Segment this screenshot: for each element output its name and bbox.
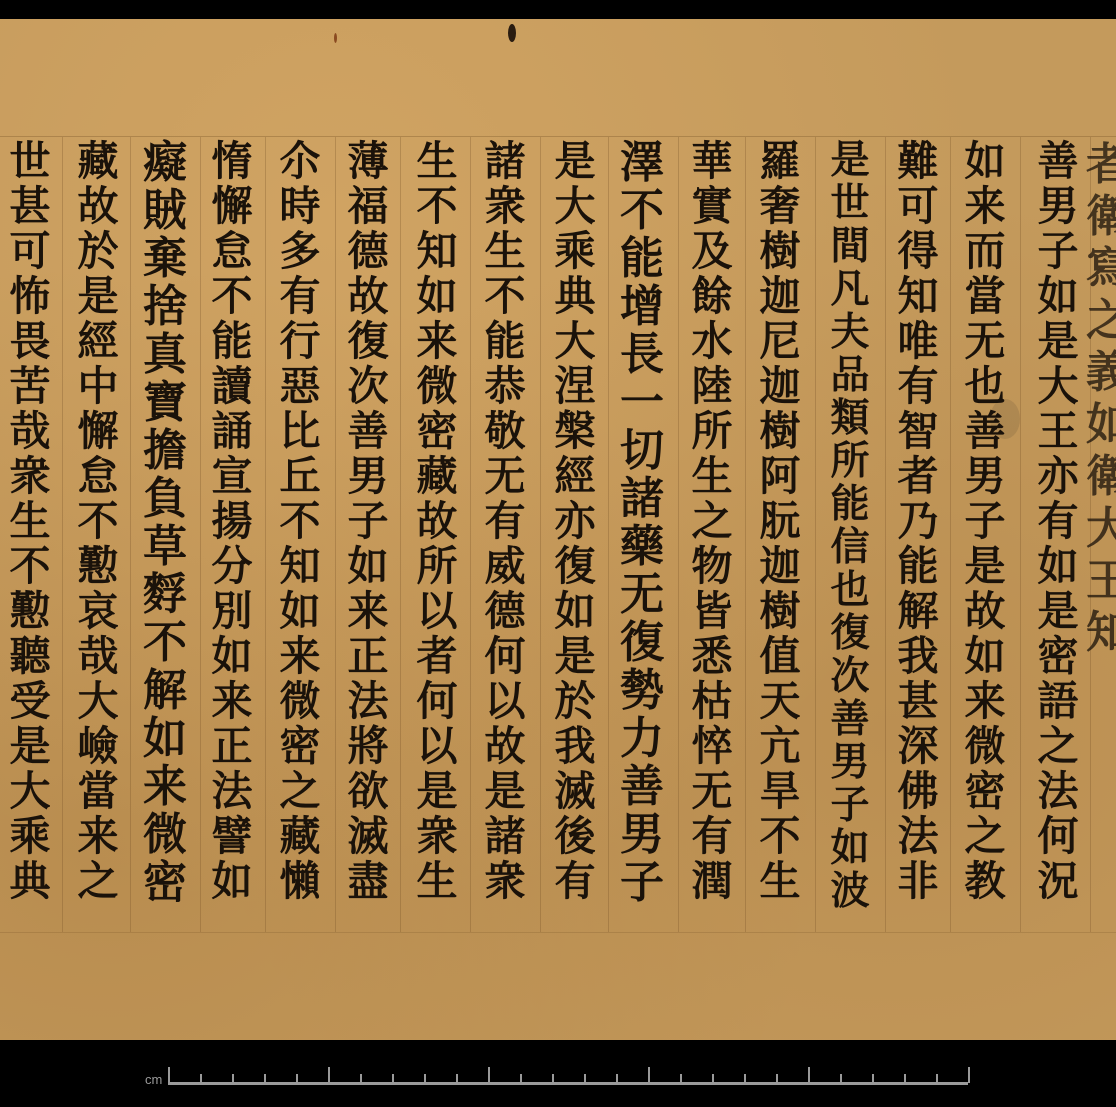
calligraphy-character: 嶮 (70, 724, 126, 769)
calligraphy-character: 有 (1030, 499, 1086, 544)
calligraphy-character: 波 (822, 870, 878, 913)
calligraphy-character: 如 (340, 544, 396, 589)
calligraphy-character: 善 (1030, 139, 1086, 184)
calligraphy-character: 間 (822, 225, 878, 268)
calligraphy-character: 天 (752, 679, 808, 724)
calligraphy-character: 捨 (137, 283, 193, 331)
scale-minor-tick (360, 1074, 362, 1083)
calligraphy-character: 分 (204, 544, 260, 589)
calligraphy-character: 恭 (477, 364, 533, 409)
calligraphy-character: 何 (1030, 814, 1086, 859)
calligraphy-character: 男 (340, 454, 396, 499)
column-rule-line (540, 137, 541, 932)
text-column: 羅奢樹迦尼迦樹阿䏓迦樹值天亢旱不生 (752, 139, 808, 904)
calligraphy-character: 密 (272, 724, 328, 769)
calligraphy-character: 藏 (70, 139, 126, 184)
calligraphy-character: 是 (477, 769, 533, 814)
scale-minor-tick (872, 1074, 874, 1083)
calligraphy-character: 子 (822, 784, 878, 827)
calligraphy-character: 子 (340, 499, 396, 544)
calligraphy-character: 中 (70, 364, 126, 409)
calligraphy-character: 故 (340, 274, 396, 319)
calligraphy-character: 怖 (2, 274, 58, 319)
text-column: 尒時多有行惡比丘不知如来微密之藏懶 (272, 139, 328, 904)
calligraphy-character: 實 (684, 184, 740, 229)
calligraphy-character: 況 (1030, 859, 1086, 904)
calligraphy-character: 无 (957, 319, 1013, 364)
scale-major-tick (968, 1067, 970, 1083)
scale-minor-tick (616, 1074, 618, 1083)
calligraphy-character: 悴 (684, 724, 740, 769)
calligraphy-character: 如 (957, 139, 1013, 184)
calligraphy-character: 福 (340, 184, 396, 229)
text-column: 惰懈怠不能讀誦宣揚分別如来正法譬如 (204, 139, 260, 904)
text-column: 是大乘典大涅槃經亦復如是於我滅後有 (547, 139, 603, 904)
calligraphy-character: 是 (822, 139, 878, 182)
calligraphy-character: 来 (409, 319, 465, 364)
calligraphy-character: 是 (547, 634, 603, 679)
calligraphy-character: 苦 (2, 364, 58, 409)
calligraphy-character: 惰 (204, 139, 260, 184)
calligraphy-character: 不 (614, 187, 670, 235)
calligraphy-character: 甚 (890, 679, 946, 724)
calligraphy-character: 滅 (547, 769, 603, 814)
calligraphy-character: 正 (340, 634, 396, 679)
column-rule-line (815, 137, 816, 932)
calligraphy-character: 之 (684, 499, 740, 544)
calligraphy-character: 水 (684, 319, 740, 364)
scale-minor-tick (904, 1074, 906, 1083)
scale-minor-tick (264, 1074, 266, 1083)
calligraphy-character: 䴸 (137, 571, 193, 619)
text-column: 是世間凡夫品類所能信也復次善男子如波 (822, 139, 878, 913)
calligraphy-character: 讀 (204, 364, 260, 409)
calligraphy-character: 故 (957, 589, 1013, 634)
calligraphy-character: 无 (477, 454, 533, 499)
calligraphy-character: 密 (137, 859, 193, 907)
calligraphy-character: 欲 (340, 769, 396, 814)
calligraphy-character: 典 (2, 859, 58, 904)
calligraphy-character: 是 (409, 769, 465, 814)
scale-baseline (168, 1082, 968, 1085)
scale-major-tick (808, 1067, 810, 1083)
calligraphy-character: 品 (822, 354, 878, 397)
calligraphy-character: 藥 (614, 523, 670, 571)
calligraphy-character: 男 (614, 811, 670, 859)
calligraphy-character: 涅 (547, 364, 603, 409)
calligraphy-character: 負 (137, 475, 193, 523)
calligraphy-character: 將 (340, 724, 396, 769)
calligraphy-character: 經 (70, 319, 126, 364)
calligraphy-character: 大 (547, 184, 603, 229)
scale-major-tick (488, 1067, 490, 1083)
calligraphy-character: 衆 (477, 859, 533, 904)
calligraphy-character: 擔 (137, 427, 193, 475)
calligraphy-character: 故 (70, 184, 126, 229)
calligraphy-character: 槃 (547, 409, 603, 454)
calligraphy-character: 也 (822, 569, 878, 612)
calligraphy-character: 解 (890, 589, 946, 634)
calligraphy-character: 善 (340, 409, 396, 454)
calligraphy-character: 大 (70, 679, 126, 724)
calligraphy-character: 是 (70, 274, 126, 319)
column-rule-line (885, 137, 886, 932)
calligraphy-character: 来 (957, 184, 1013, 229)
scale-minor-tick (744, 1074, 746, 1083)
calligraphy-character: 畏 (2, 319, 58, 364)
calligraphy-character: 法 (890, 814, 946, 859)
calligraphy-character: 者 (409, 634, 465, 679)
calligraphy-character: 一 (614, 379, 670, 427)
calligraphy-character: 宣 (204, 454, 260, 499)
calligraphy-character: 之 (1030, 724, 1086, 769)
calligraphy-character: 来 (272, 634, 328, 679)
calligraphy-character: 迦 (752, 544, 808, 589)
calligraphy-character: 哉 (70, 634, 126, 679)
calligraphy-character: 阿 (752, 454, 808, 499)
calligraphy-character: 世 (2, 139, 58, 184)
scale-minor-tick (520, 1074, 522, 1083)
calligraphy-character: 能 (477, 319, 533, 364)
ink-blot (508, 24, 516, 42)
calligraphy-character: 法 (340, 679, 396, 724)
calligraphy-character: 丘 (272, 454, 328, 499)
calligraphy-character: 来 (137, 763, 193, 811)
calligraphy-character: 衆 (2, 454, 58, 499)
calligraphy-character: 法 (204, 769, 260, 814)
calligraphy-character: 唯 (890, 319, 946, 364)
calligraphy-character: 来 (70, 814, 126, 859)
calligraphy-character: 衆 (477, 184, 533, 229)
calligraphy-character: 寶 (137, 379, 193, 427)
calligraphy-character: 餘 (684, 274, 740, 319)
column-rule-line (400, 137, 401, 932)
calligraphy-character: 懃 (70, 544, 126, 589)
calligraphy-character: 王 (1030, 409, 1086, 454)
calligraphy-character: 陸 (684, 364, 740, 409)
calligraphy-character: 有 (890, 364, 946, 409)
calligraphy-character: 揚 (204, 499, 260, 544)
calligraphy-character: 滅 (340, 814, 396, 859)
text-column: 癡賊棄捨真寶擔負草䴸不解如来微密 (137, 139, 193, 907)
calligraphy-character: 復 (822, 612, 878, 655)
text-column: 善男子如是大王亦有如是密語之法何況 (1030, 139, 1086, 904)
calligraphy-character: 威 (477, 544, 533, 589)
calligraphy-character: 懃 (2, 589, 58, 634)
text-column: 世甚可怖畏苦哉衆生不懃聽受是大乘典 (2, 139, 58, 904)
calligraphy-character: 賊 (137, 187, 193, 235)
calligraphy-character: 能 (614, 235, 670, 283)
calligraphy-character: 可 (2, 229, 58, 274)
calligraphy-character: 及 (684, 229, 740, 274)
calligraphy-character: 教 (957, 859, 1013, 904)
scale-minor-tick (680, 1074, 682, 1083)
calligraphy-character: 澤 (614, 139, 670, 187)
scale-minor-tick (840, 1074, 842, 1083)
calligraphy-character: 如 (822, 827, 878, 870)
calligraphy-character: 別 (204, 589, 260, 634)
calligraphy-character: 懈 (204, 184, 260, 229)
calligraphy-character: 藏 (409, 454, 465, 499)
text-column: 諸衆生不能恭敬无有威德何以故是諸衆 (477, 139, 533, 904)
calligraphy-character: 得 (890, 229, 946, 274)
calligraphy-character: 生 (684, 454, 740, 499)
calligraphy-character: 力 (614, 715, 670, 763)
calligraphy-character: 我 (547, 724, 603, 769)
calligraphy-character: 德 (477, 589, 533, 634)
calligraphy-character: 比 (272, 409, 328, 454)
column-rule-line (130, 137, 131, 932)
calligraphy-character: 譬 (204, 814, 260, 859)
calligraphy-character: 不 (204, 274, 260, 319)
calligraphy-character: 之 (272, 769, 328, 814)
calligraphy-character: 不 (272, 499, 328, 544)
text-column: 薄福德故復次善男子如来正法將欲滅盡 (340, 139, 396, 904)
calligraphy-character: 物 (684, 544, 740, 589)
calligraphy-character: 癡 (137, 139, 193, 187)
calligraphy-character: 當 (70, 769, 126, 814)
calligraphy-character: 奢 (752, 184, 808, 229)
calligraphy-character: 盡 (340, 859, 396, 904)
calligraphy-character: 不 (70, 499, 126, 544)
calligraphy-character: 哉 (2, 409, 58, 454)
calligraphy-character: 男 (1030, 184, 1086, 229)
scale-minor-tick (200, 1074, 202, 1083)
calligraphy-character: 密 (1030, 634, 1086, 679)
calligraphy-character: 无 (614, 571, 670, 619)
calligraphy-character: 枯 (684, 679, 740, 724)
column-rule-line (200, 137, 201, 932)
calligraphy-character: 善 (822, 698, 878, 741)
calligraphy-character: 我 (890, 634, 946, 679)
calligraphy-character: 怠 (70, 454, 126, 499)
scale-minor-tick (296, 1074, 298, 1083)
scale-minor-tick (936, 1074, 938, 1083)
scale-minor-tick (776, 1074, 778, 1083)
calligraphy-character: 正 (204, 724, 260, 769)
calligraphy-character: 智 (890, 409, 946, 454)
calligraphy-character: 以 (409, 724, 465, 769)
calligraphy-character: 信 (822, 526, 878, 569)
calligraphy-character: 敬 (477, 409, 533, 454)
calligraphy-character: 是 (547, 139, 603, 184)
calligraphy-character: 生 (477, 229, 533, 274)
calligraphy-character: 於 (70, 229, 126, 274)
calligraphy-character: 乃 (890, 499, 946, 544)
calligraphy-character: 尼 (752, 319, 808, 364)
calligraphy-character: 所 (684, 409, 740, 454)
column-rule-line (62, 137, 63, 932)
calligraphy-character: 有 (272, 274, 328, 319)
scale-major-tick (168, 1067, 170, 1083)
calligraphy-character: 受 (2, 679, 58, 724)
column-rule-line (608, 137, 609, 932)
calligraphy-character: 真 (137, 331, 193, 379)
calligraphy-character: 尒 (272, 139, 328, 184)
calligraphy-character: 皆 (684, 589, 740, 634)
calligraphy-character: 聽 (2, 634, 58, 679)
calligraphy-character: 生 (752, 859, 808, 904)
calligraphy-character: 樹 (752, 409, 808, 454)
calligraphy-character: 潤 (684, 859, 740, 904)
calligraphy-character: 有 (547, 859, 603, 904)
calligraphy-character: 生 (2, 499, 58, 544)
scale-minor-tick (552, 1074, 554, 1083)
text-column: 澤不能增長一切諸藥无復勢力善男子 (614, 139, 670, 907)
calligraphy-character: 非 (890, 859, 946, 904)
calligraphy-character: 復 (547, 544, 603, 589)
calligraphy-character: 大 (547, 319, 603, 364)
calligraphy-character: 亦 (547, 499, 603, 544)
calligraphy-character: 時 (272, 184, 328, 229)
calligraphy-character: 如 (957, 634, 1013, 679)
calligraphy-character: 不 (409, 184, 465, 229)
calligraphy-character: 樹 (752, 589, 808, 634)
calligraphy-character: 懈 (70, 409, 126, 454)
calligraphy-character: 於 (547, 679, 603, 724)
column-rule-line (678, 137, 679, 932)
calligraphy-character: 世 (822, 182, 878, 225)
calligraphy-character: 生 (409, 139, 465, 184)
calligraphy-character: 諸 (477, 814, 533, 859)
calligraphy-character: 有 (477, 499, 533, 544)
calligraphy-character: 大 (2, 769, 58, 814)
calligraphy-character: 子 (614, 859, 670, 907)
calligraphy-character: 子 (1030, 229, 1086, 274)
calligraphy-character: 多 (272, 229, 328, 274)
calligraphy-character: 不 (137, 619, 193, 667)
calligraphy-character: 樹 (752, 229, 808, 274)
calligraphy-character: 甚 (2, 184, 58, 229)
calligraphy-character: 勢 (614, 667, 670, 715)
calligraphy-character: 男 (822, 741, 878, 784)
calligraphy-character: 子 (957, 499, 1013, 544)
calligraphy-character: 䏓 (752, 499, 808, 544)
calligraphy-character: 如 (1030, 274, 1086, 319)
calligraphy-character: 如 (547, 589, 603, 634)
calligraphy-character: 經 (547, 454, 603, 499)
calligraphy-character: 微 (272, 679, 328, 724)
calligraphy-character: 是 (1030, 319, 1086, 364)
calligraphy-character: 知 (409, 229, 465, 274)
calligraphy-character: 来 (204, 679, 260, 724)
calligraphy-character: 如 (272, 589, 328, 634)
calligraphy-character: 迦 (752, 274, 808, 319)
calligraphy-character: 而 (957, 229, 1013, 274)
top-border (0, 0, 1116, 19)
calligraphy-character: 故 (409, 499, 465, 544)
calligraphy-character: 是 (957, 544, 1013, 589)
calligraphy-character: 諸 (477, 139, 533, 184)
calligraphy-character: 德 (340, 229, 396, 274)
scale-major-tick (328, 1067, 330, 1083)
scale-minor-tick (424, 1074, 426, 1083)
calligraphy-character: 如 (137, 715, 193, 763)
calligraphy-character: 衆 (409, 814, 465, 859)
calligraphy-character: 切 (614, 427, 670, 475)
calligraphy-character: 能 (890, 544, 946, 589)
text-column: 難可得知唯有智者乃能解我甚深佛法非 (890, 139, 946, 904)
calligraphy-character: 解 (137, 667, 193, 715)
calligraphy-character: 来 (340, 589, 396, 634)
calligraphy-character: 所 (409, 544, 465, 589)
calligraphy-character: 不 (2, 544, 58, 589)
calligraphy-character: 惡 (272, 364, 328, 409)
calligraphy-character: 深 (890, 724, 946, 769)
calligraphy-character: 增 (614, 283, 670, 331)
calligraphy-character: 故 (477, 724, 533, 769)
calligraphy-character: 旱 (752, 769, 808, 814)
calligraphy-character: 棄 (137, 235, 193, 283)
calligraphy-character: 何 (477, 634, 533, 679)
text-column: 生不知如来微密藏故所以者何以是衆生 (409, 139, 465, 904)
calligraphy-character: 薄 (340, 139, 396, 184)
calligraphy-character: 如 (204, 634, 260, 679)
calligraphy-character: 密 (409, 409, 465, 454)
calligraphy-character: 佛 (890, 769, 946, 814)
calligraphy-character: 亢 (752, 724, 808, 769)
calligraphy-character: 有 (684, 814, 740, 859)
calligraphy-character: 之 (70, 859, 126, 904)
calligraphy-character: 生 (409, 859, 465, 904)
calligraphy-character: 能 (204, 319, 260, 364)
calligraphy-character: 長 (614, 331, 670, 379)
calligraphy-character: 如 (409, 274, 465, 319)
text-column: 如来而當无也善男子是故如来微密之教 (957, 139, 1013, 904)
text-column: 華實及餘水陸所生之物皆悉枯悴无有潤 (684, 139, 740, 904)
calligraphy-character: 難 (890, 139, 946, 184)
scale-minor-tick (392, 1074, 394, 1083)
calligraphy-character: 夫 (822, 311, 878, 354)
scale-minor-tick (712, 1074, 714, 1083)
calligraphy-character: 諸 (614, 475, 670, 523)
calligraphy-character: 復 (614, 619, 670, 667)
calligraphy-character: 法 (1030, 769, 1086, 814)
calligraphy-character: 如 (204, 859, 260, 904)
calligraphy-character: 復 (340, 319, 396, 364)
calligraphy-character: 藏 (272, 814, 328, 859)
calligraphy-character: 誦 (204, 409, 260, 454)
scale-minor-tick (456, 1074, 458, 1083)
calligraphy-character: 華 (684, 139, 740, 184)
calligraphy-character: 亦 (1030, 454, 1086, 499)
calligraphy-character: 知 (890, 274, 946, 319)
calligraphy-character: 次 (340, 364, 396, 409)
calligraphy-character: 懶 (272, 859, 328, 904)
calligraphy-character: 乘 (2, 814, 58, 859)
calligraphy-character: 悉 (684, 634, 740, 679)
calligraphy-character: 大 (1030, 364, 1086, 409)
calligraphy-character: 後 (547, 814, 603, 859)
scale-minor-tick (584, 1074, 586, 1083)
calligraphy-character: 當 (957, 274, 1013, 319)
calligraphy-character: 乘 (547, 229, 603, 274)
column-rule-line (335, 137, 336, 932)
calligraphy-character: 凡 (822, 268, 878, 311)
calligraphy-character: 微 (957, 724, 1013, 769)
calligraphy-character: 也 (957, 364, 1013, 409)
column-rule-line (470, 137, 471, 932)
calligraphy-character: 善 (614, 763, 670, 811)
scale-minor-tick (232, 1074, 234, 1083)
scale-unit-label: cm (145, 1072, 162, 1087)
calligraphy-character: 何 (409, 679, 465, 724)
calligraphy-character: 能 (822, 483, 878, 526)
scale-major-tick (648, 1067, 650, 1083)
calligraphy-character: 男 (957, 454, 1013, 499)
calligraphy-character: 微 (137, 811, 193, 859)
calligraphy-character: 是 (2, 724, 58, 769)
